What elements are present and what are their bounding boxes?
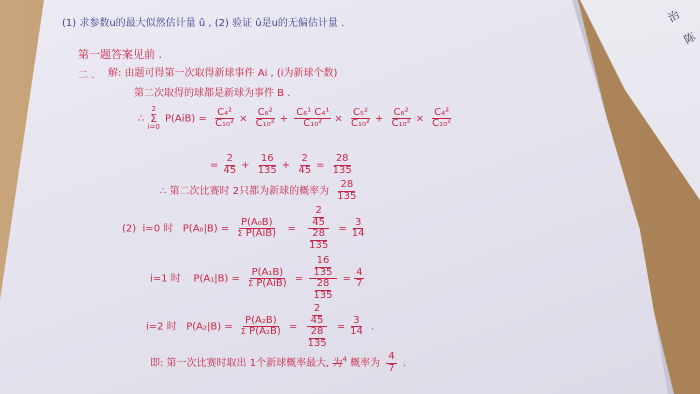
case-i1: i=1 时 P(A₁|B) = P(A₁B)Σ P(AiB) = 1613528… (150, 256, 367, 301)
fraction: C₆²C₁₀² (390, 108, 413, 130)
answer-note: 第一题答案见前 . (78, 46, 162, 62)
blue-header-line: (1) 求参数u的最大似然估计量 û , (2) 验证 û是u的无偏估计量 . (62, 14, 344, 29)
case-i0: (2) i=0 时 P(A₀|B) = P(A₀B)Σ P(AiB) = 245… (122, 206, 370, 251)
fraction: C₄²C₁₀² (430, 108, 453, 130)
conclusion-1: ∴ 第二次比赛时 2只都为新球的概率为 28135 (160, 180, 361, 202)
therefore-symbol: ∴ (138, 114, 148, 125)
fraction: C₆²C₁₀² (254, 108, 277, 130)
fraction: C₄²C₁₀² (213, 108, 236, 130)
sum-equation: ∴ 2 Σ i=0 P(AiB) = C₄²C₁₀²× C₆²C₁₀²+ C₆¹… (138, 106, 456, 131)
sum-symbol: 2 Σ i=0 (148, 106, 160, 131)
fraction: C₆¹ C₄¹C₁₀² (294, 108, 331, 130)
sum-result: =245+ 16135+ 245= 28135 (210, 154, 357, 176)
intro-line: 解: 由题可得第一次取得新球事件 Ai , (i为新球个数) (108, 64, 337, 79)
struck-text: 为 (332, 358, 342, 369)
problem-label: 二 . (78, 66, 94, 81)
event-b-line: 第二次取得的球都是新球为事件 B . (134, 84, 290, 99)
fraction: C₅²C₁₀² (349, 108, 372, 130)
case-i2: i=2 时 P(A₂|B) = P(A₂B)Σ P(A₂B) = 2452813… (146, 304, 374, 349)
final-conclusion: 即: 第一次比赛时取出 1个新球概率最大, 为4 概率为 47 . (150, 352, 406, 374)
